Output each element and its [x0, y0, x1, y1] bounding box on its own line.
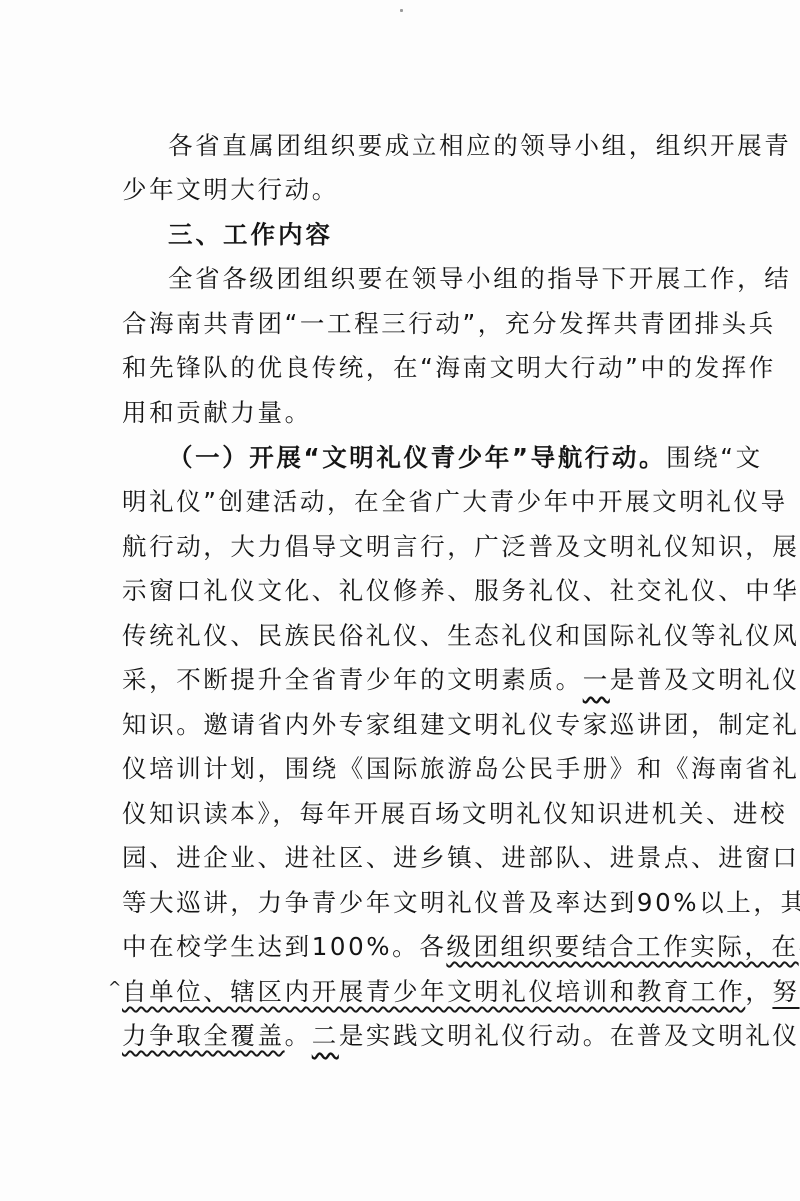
text: 是实践文明礼仪行动。在普及文明礼仪 [339, 1021, 800, 1050]
text: 各省直属团组织要成立相应的领导小组，组织开展青 [168, 131, 791, 160]
text: 示窗口礼仪文化、礼仪修养、服务礼仪、社交礼仪、中华 [122, 576, 800, 605]
subsection-line: （一）开展“文明礼仪青少年”导航行动。围绕“文 [168, 440, 702, 476]
text: 全省各级团组织要在领导小组的指导下开展工作，结 [168, 264, 791, 293]
paragraph-line: 和先锋队的优良传统，在“海南文明大行动”中的发挥作 [122, 350, 702, 386]
text: 等大巡讲，力争青少年文明礼仪普及率达到90%以上，其 [122, 888, 800, 917]
paragraph-line: 各省直属团组织要成立相应的领导小组，组织开展青 [168, 128, 702, 164]
underlined-text: 力争取全覆盖 [122, 1021, 285, 1050]
text: 用和贡献力量。 [122, 398, 312, 427]
paragraph-line: 力争取全覆盖。二是实践文明礼仪行动。在普及文明礼仪 [122, 1018, 702, 1054]
paragraph-line: 等大巡讲，力争青少年文明礼仪普及率达到90%以上，其 [122, 885, 702, 921]
paragraph-line: 航行动，大力倡导文明言行，广泛普及文明礼仪知识，展 [122, 529, 702, 565]
paragraph-line: 全省各级团组织要在领导小组的指导下开展工作，结 [168, 261, 702, 297]
text: 航行动，大力倡导文明言行，广泛普及文明礼仪知识，展 [122, 532, 800, 561]
text: 是普及文明礼仪 [610, 665, 800, 694]
text: 和先锋队的优良传统，在“海南文明大行动”中的发挥作 [122, 353, 776, 382]
text: 仪知识读本》，每年开展百场文明礼仪知识进机关、进校 [122, 799, 787, 828]
handwritten-mark: 一 [583, 665, 610, 694]
paragraph-line: 明礼仪”创建活动，在全省广大青少年中开展文明礼仪导 [122, 484, 702, 520]
text: 采，不断提升全省青少年的文明素质。 [122, 665, 583, 694]
heading-text: 三、工作内容 [168, 220, 333, 249]
subsection-title: （一）开展“文明礼仪青少年”导航行动。 [168, 443, 666, 472]
paragraph-line: 传统礼仪、民族民俗礼仪、生态礼仪和国际礼仪等礼仪风 [122, 618, 702, 654]
text: ， [745, 977, 772, 1006]
scan-speck [400, 9, 403, 12]
handwritten-mark: 二 [312, 1021, 339, 1050]
text: 明礼仪”创建活动，在全省广大青少年中开展文明礼仪导 [122, 487, 788, 516]
text: 仪培训计划，围绕《国际旅游岛公民手册》和《海南省礼 [122, 754, 800, 783]
paragraph-line: 知识。邀请省内外专家组建文明礼仪专家巡讲团，制定礼 [122, 707, 702, 743]
paragraph-line: 少年文明大行动。 [122, 172, 702, 208]
paragraph-line: 仪知识读本》，每年开展百场文明礼仪知识进机关、进校 [122, 796, 702, 832]
text: 知识。邀请省内外专家组建文明礼仪专家巡讲团，制定礼 [122, 710, 800, 739]
underlined-text: 级团组织要结合工作实际，在 [446, 932, 798, 961]
section-heading: 三、工作内容 [168, 217, 702, 253]
text: 合海南共青团“一工程三行动”，充分发挥共青团排头兵 [122, 309, 776, 338]
text: 。 [285, 1021, 312, 1050]
underlined-text: 努 [772, 977, 799, 1006]
paragraph-line: 园、进企业、进社区、进乡镇、进部队、进景点、进窗口 [122, 840, 702, 876]
paragraph-line: 中在校学生达到100%。各级团组织要结合工作实际，在各 [122, 929, 702, 965]
underlined-text: 自单位、辖区内开展青少年文明礼仪培训和教育工作 [122, 977, 745, 1006]
text: 围绕“文 [666, 443, 763, 472]
text: 少年文明大行动。 [122, 175, 339, 204]
text: 园、进企业、进社区、进乡镇、进部队、进景点、进窗口 [122, 843, 800, 872]
document-page: 各省直属团组织要成立相应的领导小组，组织开展青 少年文明大行动。 三、工作内容 … [0, 0, 800, 1201]
paragraph-line: 仪培训计划，围绕《国际旅游岛公民手册》和《海南省礼 [122, 751, 702, 787]
text: 传统礼仪、民族民俗礼仪、生态礼仪和国际礼仪等礼仪风 [122, 621, 800, 650]
text: 中在校学生达到100%。各 [122, 932, 446, 961]
paragraph-line: 用和贡献力量。 [122, 395, 702, 431]
paragraph-line: 采，不断提升全省青少年的文明素质。一是普及文明礼仪 [122, 662, 702, 698]
paragraph-line: 合海南共青团“一工程三行动”，充分发挥共青团排头兵 [122, 306, 702, 342]
insert-caret-mark: ^ [108, 978, 121, 997]
paragraph-line: 示窗口礼仪文化、礼仪修养、服务礼仪、社交礼仪、中华 [122, 573, 702, 609]
paragraph-line: 自单位、辖区内开展青少年文明礼仪培训和教育工作，努 [122, 974, 702, 1010]
